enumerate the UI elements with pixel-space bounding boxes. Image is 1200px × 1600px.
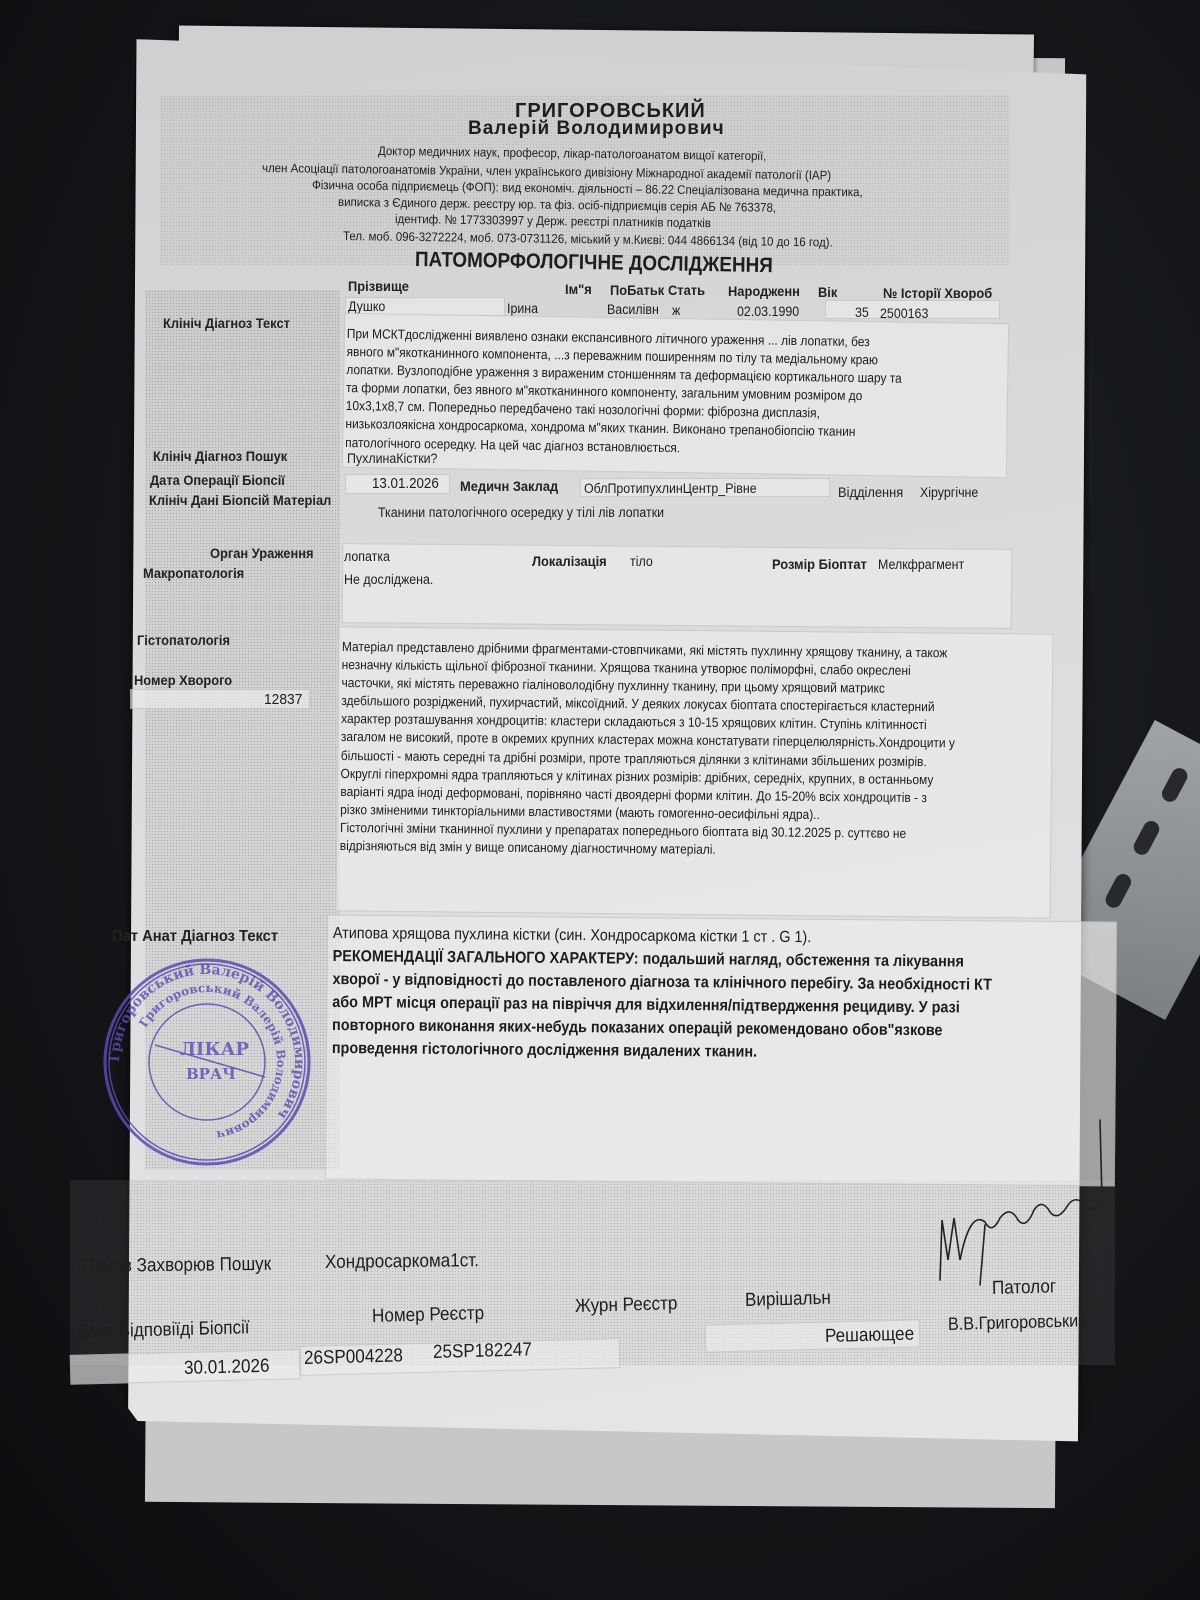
patient-sex: ж <box>672 303 680 318</box>
sex-label: Стать <box>668 282 705 298</box>
facility-label: Медичн Заклад <box>460 478 558 494</box>
main-disease-value: Хондросаркома1ст. <box>325 1250 479 1274</box>
patient-birth-date: 02.03.1990 <box>737 304 799 319</box>
biopsy-size-label: Розмір Біоптат <box>772 556 867 572</box>
pathologist-label: Патолог <box>992 1276 1057 1300</box>
svg-text:ВРАЧ: ВРАЧ <box>186 1065 236 1083</box>
macropathology-value: Не досліджена. <box>344 572 433 587</box>
department-label: Відділення <box>838 484 903 500</box>
pat-anat-diagnosis-label: Пат Анат Діагноз Текст <box>112 928 278 946</box>
localization-label: Локалізація <box>532 553 607 569</box>
organ-value: лопатка <box>344 549 390 564</box>
histopathology-label: Гістопатологія <box>137 632 230 648</box>
journal-register-value: 25SP182247 <box>433 1339 532 1364</box>
birth-label: Народженн <box>728 283 800 299</box>
department-value: Хірургічне <box>920 485 978 500</box>
biopsy-material-value: Тканини патологічного осередку у тілі лі… <box>378 505 664 520</box>
patient-number-value: 12837 <box>264 691 302 708</box>
register-number-label: Номер Реєстр <box>372 1303 485 1328</box>
clinical-diagnosis-text: При МСКТдослідженні виявлено ознаки експ… <box>345 325 964 461</box>
macropathology-label: Макропатологія <box>143 565 244 581</box>
patient-number-label: Номер Хворого <box>134 672 232 688</box>
decisive-label: Вирішальн <box>745 1288 831 1312</box>
biopsy-date-label: Дата Операції Біопсії <box>150 472 285 488</box>
main-disease-label: Основ Захворюв Пошук <box>82 1254 271 1278</box>
pat-anat-diagnosis-text: Атипова хрящова пухлина кістки (син. Хон… <box>332 922 1066 1066</box>
journal-register-label: Журн Реєстр <box>575 1293 678 1318</box>
doctor-given-names: Валерій Володимирович <box>468 118 725 140</box>
patient-name: Ірина <box>507 301 538 316</box>
name-label: Ім"я <box>565 281 592 297</box>
doctor-stamp-icon: Григоровський Валерій Володимирович Григ… <box>100 955 315 1170</box>
clinical-search-label: Клініч Діагноз Пошук <box>153 448 287 464</box>
history-label: № Історії Хвороб <box>883 285 992 301</box>
decisive-value: Решающее <box>825 1324 915 1348</box>
history-number: 2500163 <box>880 306 928 321</box>
register-number-value: 26SP004228 <box>304 1345 403 1370</box>
biopsy-material-label: Клініч Дані Біопсій Матеріал <box>149 492 331 508</box>
age-label: Вік <box>818 284 837 300</box>
patient-patronymic: Василівн <box>607 302 659 317</box>
biopsy-size-value: Мелкфрагмент <box>878 557 964 572</box>
facility-value: ОблПротипухлинЦентр_Рівне <box>584 481 757 496</box>
histopathology-text: Матеріал представлено дрібними фрагмента… <box>340 638 1024 862</box>
response-date-label: Дата Відповіїді Біопсії <box>76 1317 250 1344</box>
biopsy-date: 13.01.2026 <box>372 476 439 492</box>
patronymic-label: ПоБатьк <box>610 282 664 298</box>
clinical-search-value: ПухлинаКістки? <box>347 451 437 466</box>
patient-age: 35 <box>855 305 869 320</box>
pathology-report: ГРИГОРОВСЬКИЙ Валерій Володимирович Докт… <box>0 0 1200 1600</box>
organ-label: Орган Ураження <box>210 545 314 561</box>
localization-value: тіло <box>630 554 653 569</box>
document-title: ПАТОМОРФОЛОГІЧНЕ ДОСЛІДЖЕННЯ <box>415 248 773 278</box>
patient-surname: Душко <box>348 299 385 314</box>
svg-text:ЛІКАР: ЛІКАР <box>180 1039 249 1060</box>
response-date-value: 30.01.2026 <box>184 1356 270 1380</box>
surname-label: Прізвище <box>348 278 409 294</box>
clinical-diagnosis-label: Клініч Діагноз Текст <box>163 315 290 331</box>
pathologist-name: В.В.Григоровський <box>948 1310 1088 1335</box>
